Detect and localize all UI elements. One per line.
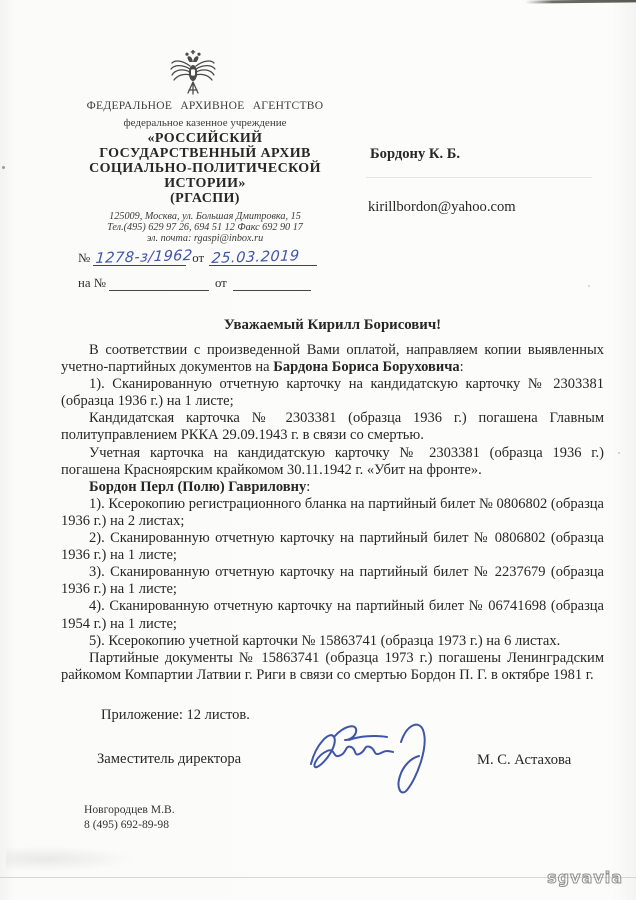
scan-faint-line <box>366 177 592 178</box>
ref-date-line: 25.03.2019 <box>209 250 317 266</box>
handwritten-signature-icon <box>303 716 453 804</box>
subject-name-bold: Бардона Бориса Боруховича <box>273 359 459 375</box>
letter-body: В соответствии с произведенной Вами опла… <box>61 342 604 724</box>
executor-phone: 8 (495) 692-89-98 <box>84 818 175 833</box>
scan-smudge-artifact <box>6 846 136 872</box>
addressee-name: Бордону К. Б. <box>370 146 460 163</box>
body-paragraph: 3). Сканированную отчетную карточку на п… <box>61 564 604 598</box>
ref-date-label: от <box>192 251 207 266</box>
scan-speck <box>2 166 5 169</box>
org-name-line: ИСТОРИИ» <box>55 176 355 191</box>
ref-no-handwritten-value: 1278-з/1962 <box>95 248 193 267</box>
body-paragraph: 1). Ксерокопию регистрационного бланка н… <box>61 496 604 530</box>
org-type: федеральное казенное учреждение <box>55 117 355 129</box>
double-headed-eagle-icon <box>170 50 216 96</box>
body-paragraph: Кандидатская карточка № 2303381 (образца… <box>61 410 604 444</box>
incoming-date-line <box>233 275 311 291</box>
agency-name: ФЕДЕРАЛЬНОЕ АРХИВНОЕ АГЕНТСТВО <box>55 100 355 112</box>
body-paragraph: 5). Ксерокопию учетной карточки № 158637… <box>61 633 604 650</box>
executor-block: Новгородцев М.В. 8 (495) 692-89-98 <box>84 803 175 832</box>
incoming-no-label: на № <box>78 276 109 291</box>
body-paragraph: 4). Сканированную отчетную карточку на п… <box>61 598 604 632</box>
org-name-line: ГОСУДАРСТВЕННЫЙ АРХИВ <box>55 146 355 161</box>
paragraph-text: : <box>460 359 464 375</box>
incoming-no-line <box>109 275 209 291</box>
reference-block: № 1278-з/1962 от 25.03.2019 на № от <box>78 249 317 299</box>
body-paragraph: Партийные документы № 15863741 (образца … <box>61 650 604 684</box>
org-phone: Тел.(495) 629 97 26, 694 51 12 Факс 692 … <box>55 223 355 234</box>
scan-speck <box>588 285 590 287</box>
scan-speck <box>618 452 620 454</box>
ref-no-line: 1278-з/1962 <box>93 250 186 266</box>
addressee-email: kirillbordon@yahoo.com <box>368 199 516 216</box>
ref-no-label: № <box>78 251 93 266</box>
scan-edge-artifact <box>525 0 636 4</box>
body-paragraph: 1). Сканированную отчетную карточку на к… <box>61 376 604 410</box>
ref-date-handwritten-value: 25.03.2019 <box>211 248 300 267</box>
executor-name: Новгородцев М.В. <box>84 803 175 818</box>
org-name: «РОССИЙСКИЙ ГОСУДАРСТВЕННЫЙ АРХИВ СОЦИАЛ… <box>55 131 355 206</box>
subject-name-bold: Бордон Перл (Полю) Гавриловну <box>89 479 306 495</box>
signer-name: М. С. Астахова <box>477 752 571 769</box>
org-email: эл. почта: rgaspi@inbox.ru <box>55 234 355 245</box>
body-paragraph: Бордон Перл (Полю) Гавриловну: <box>61 479 604 496</box>
scanned-letter-page: ФЕДЕРАЛЬНОЕ АРХИВНОЕ АГЕНТСТВО федеральн… <box>0 0 636 900</box>
org-contacts: 125009, Москва, ул. Большая Дмитровка, 1… <box>55 212 355 244</box>
org-name-line: (РГАСПИ) <box>55 191 355 206</box>
body-paragraph: Учетная карточка на кандидатскую карточк… <box>61 445 604 479</box>
incoming-date-label: от <box>215 276 230 291</box>
body-paragraph: В соответствии с произведенной Вами опла… <box>61 342 604 376</box>
body-paragraph: 2). Сканированную отчетную карточку на п… <box>61 530 604 564</box>
salutation: Уважаемый Кирилл Борисович! <box>61 317 604 334</box>
org-name-line: «РОССИЙСКИЙ <box>55 131 355 146</box>
outgoing-ref-row: № 1278-з/1962 от 25.03.2019 <box>78 249 317 266</box>
scan-bottom-line-artifact <box>0 877 636 878</box>
watermark: sgvavia <box>547 868 623 887</box>
org-name-line: СОЦИАЛЬНО-ПОЛИТИЧЕСКОЙ <box>55 161 355 176</box>
incoming-ref-row: на № от <box>78 274 317 291</box>
paragraph-text: : <box>306 479 310 495</box>
signer-position: Заместитель директора <box>97 751 241 768</box>
